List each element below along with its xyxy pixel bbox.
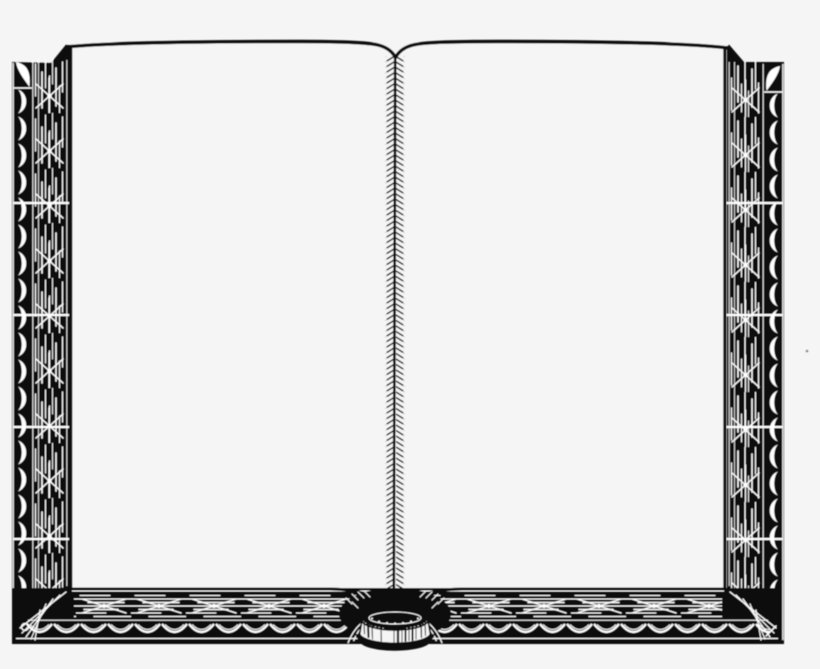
- right-border: [725, 45, 784, 645]
- clasp: [358, 608, 432, 650]
- book-illustration-canvas: [0, 0, 820, 669]
- speck: [806, 350, 809, 353]
- left-page: [70, 42, 396, 590]
- right-page: [396, 42, 726, 590]
- open-book-illustration: [0, 0, 820, 669]
- left-border: [12, 45, 71, 641]
- spine: [386, 54, 405, 610]
